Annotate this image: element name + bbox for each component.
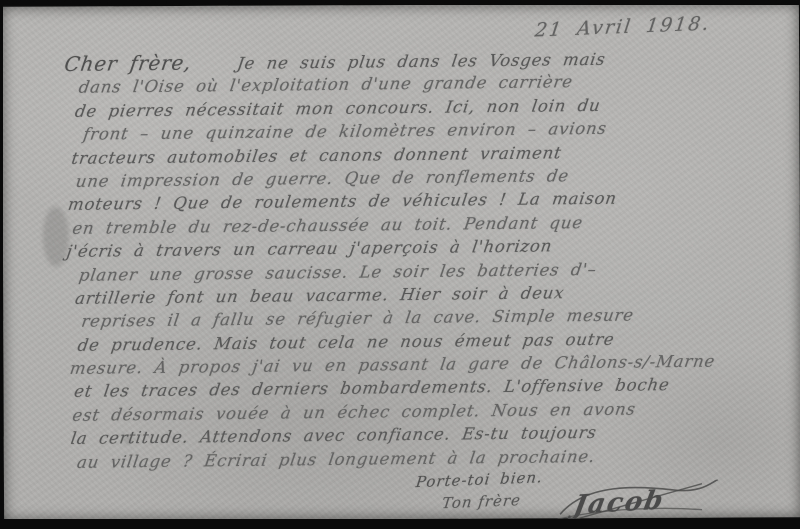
- photo-edge-top: [0, 0, 800, 5]
- letter-paper: 21 Avril 1918. Cher frère,Je ne suis plu…: [2, 3, 800, 520]
- letter-closing: Porte-toi bien.: [415, 468, 544, 491]
- letter-body: Cher frère,Je ne suis plus dans les Vosg…: [63, 45, 777, 474]
- paper-smudge: [43, 206, 69, 266]
- letter-date: 21 Avril 1918.: [534, 13, 712, 42]
- photo-edge-bottom: [0, 519, 800, 529]
- photo-edge-left: [0, 0, 3, 529]
- letter-photograph: 21 Avril 1918. Cher frère,Je ne suis plu…: [0, 0, 800, 529]
- paper-smudge: [124, 436, 132, 444]
- letter-salutation: Cher frère,: [63, 51, 193, 76]
- letter-signoff: Ton frère: [441, 491, 522, 512]
